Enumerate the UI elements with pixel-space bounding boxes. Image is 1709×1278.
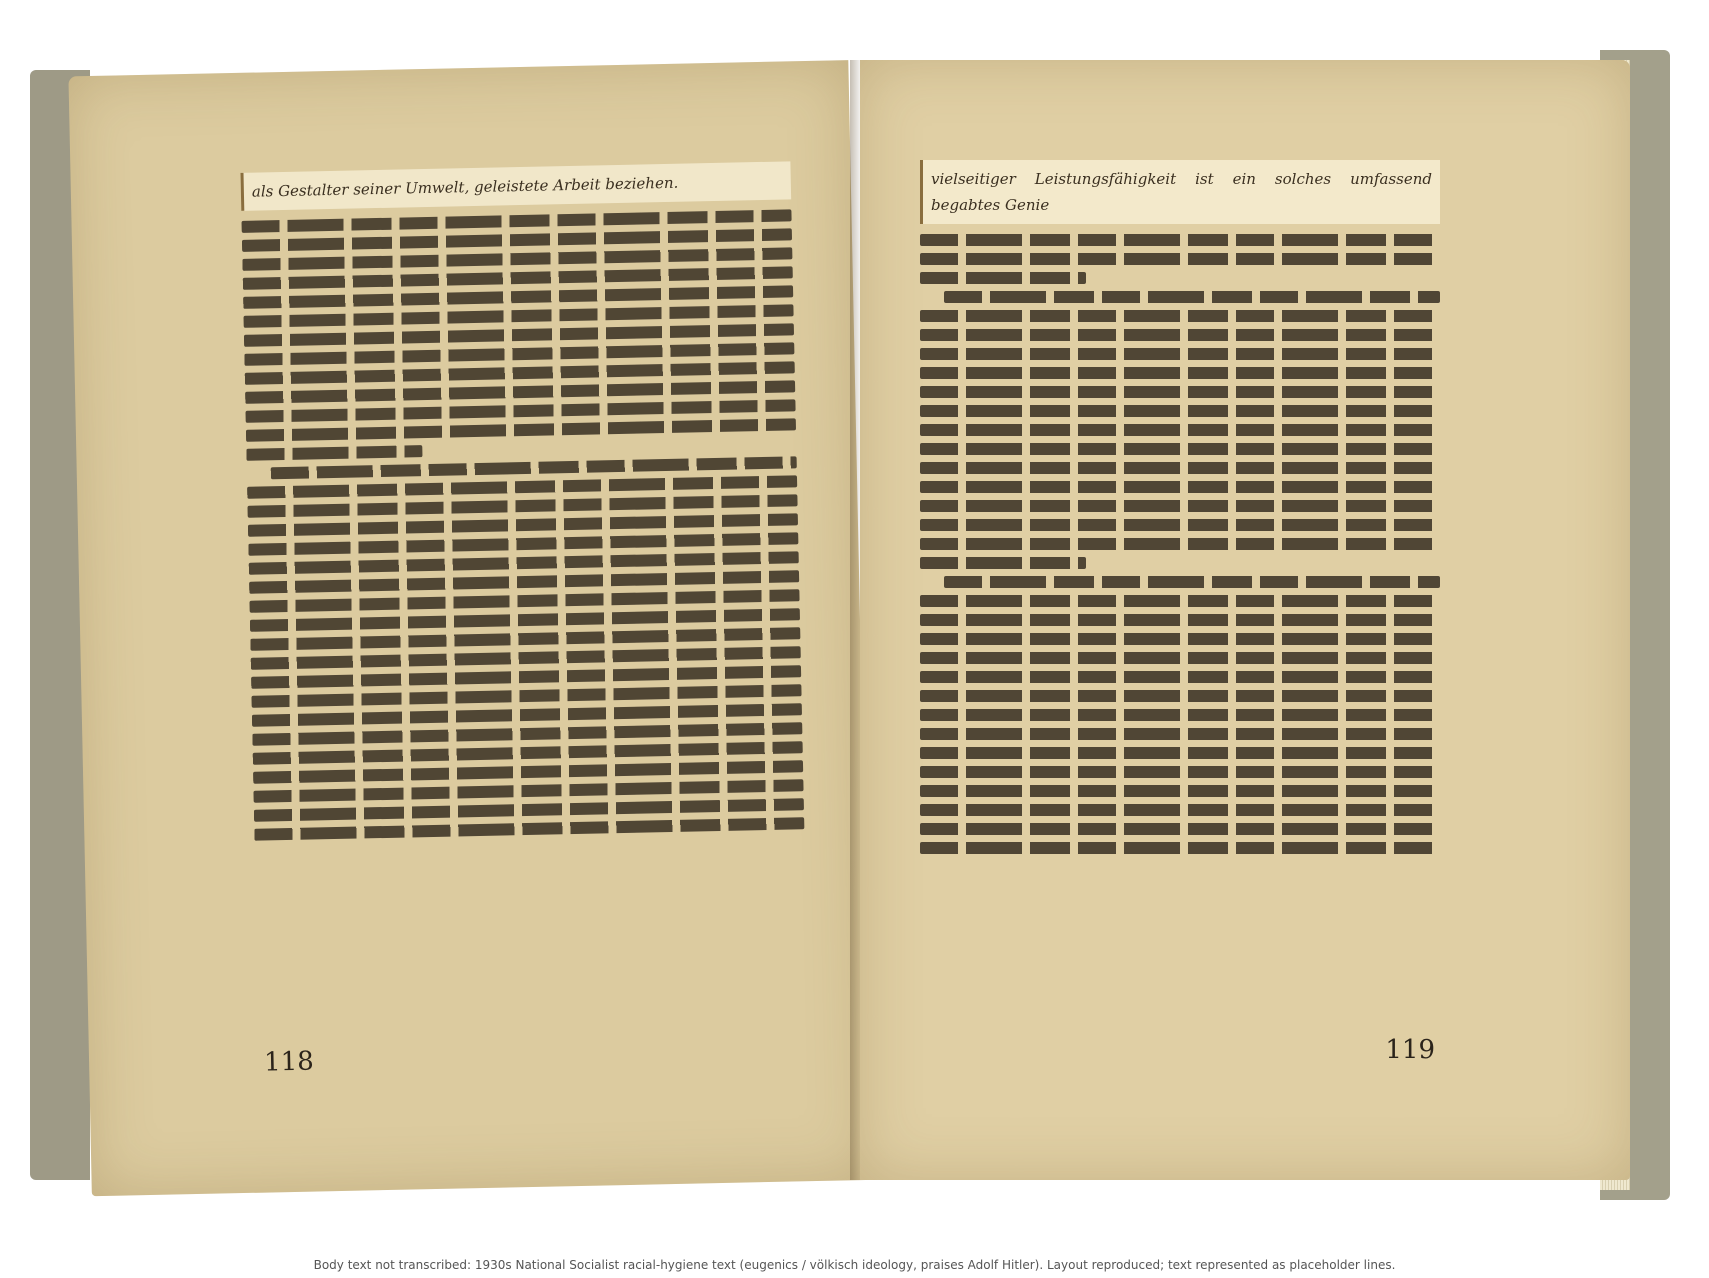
text-line-placeholder xyxy=(920,652,1440,664)
text-line-placeholder xyxy=(920,272,1086,284)
page-number-right: 119 xyxy=(1385,1035,1435,1065)
text-line-placeholder xyxy=(944,576,1440,588)
text-line-placeholder xyxy=(944,291,1440,303)
text-line-placeholder xyxy=(246,418,796,442)
text-line-placeholder xyxy=(920,671,1440,683)
text-line-placeholder xyxy=(920,348,1440,360)
text-line-placeholder xyxy=(920,728,1440,740)
left-page: als Gestalter seiner Umwelt, geleistete … xyxy=(68,60,871,1196)
text-line-placeholder xyxy=(920,804,1440,816)
text-line-placeholder xyxy=(920,595,1440,607)
text-line-placeholder xyxy=(920,614,1440,626)
text-line-placeholder xyxy=(920,481,1440,493)
text-line-placeholder xyxy=(920,367,1440,379)
text-line-placeholder xyxy=(920,766,1440,778)
content-note: Body text not transcribed: 1930s Nationa… xyxy=(0,1258,1709,1272)
text-line-placeholder xyxy=(920,633,1440,645)
text-line-placeholder xyxy=(920,747,1440,759)
text-line-placeholder xyxy=(920,253,1440,265)
right-page-text-block: vielseitiger Leistungsfähigkeit ist ein … xyxy=(920,150,1440,1020)
text-line-placeholder xyxy=(920,386,1440,398)
right-page-first-line: vielseitiger Leistungsfähigkeit ist ein … xyxy=(920,160,1440,224)
text-line-placeholder xyxy=(920,424,1440,436)
text-line-placeholder xyxy=(920,443,1440,455)
text-line-placeholder xyxy=(920,310,1440,322)
text-line-placeholder xyxy=(254,817,804,841)
text-line-placeholder xyxy=(920,785,1440,797)
text-line-placeholder xyxy=(246,445,422,461)
text-line-placeholder xyxy=(920,709,1440,721)
left-page-text-block: als Gestalter seiner Umwelt, geleistete … xyxy=(240,151,808,1032)
left-page-first-line: als Gestalter seiner Umwelt, geleistete … xyxy=(241,161,792,211)
text-line-placeholder xyxy=(920,329,1440,341)
text-line-placeholder xyxy=(920,234,1440,246)
text-line-placeholder xyxy=(920,500,1440,512)
page-number-left: 118 xyxy=(264,1047,314,1078)
text-line-placeholder xyxy=(920,557,1086,569)
text-line-placeholder xyxy=(920,519,1440,531)
open-book: als Gestalter seiner Umwelt, geleistete … xyxy=(30,40,1670,1240)
text-line-placeholder xyxy=(920,405,1440,417)
text-line-placeholder xyxy=(920,690,1440,702)
right-page: vielseitiger Leistungsfähigkeit ist ein … xyxy=(860,60,1630,1180)
text-line-placeholder xyxy=(920,823,1440,835)
text-line-placeholder xyxy=(920,538,1440,550)
text-line-placeholder xyxy=(271,456,797,479)
text-line-placeholder xyxy=(920,842,1440,854)
text-line-placeholder xyxy=(920,462,1440,474)
